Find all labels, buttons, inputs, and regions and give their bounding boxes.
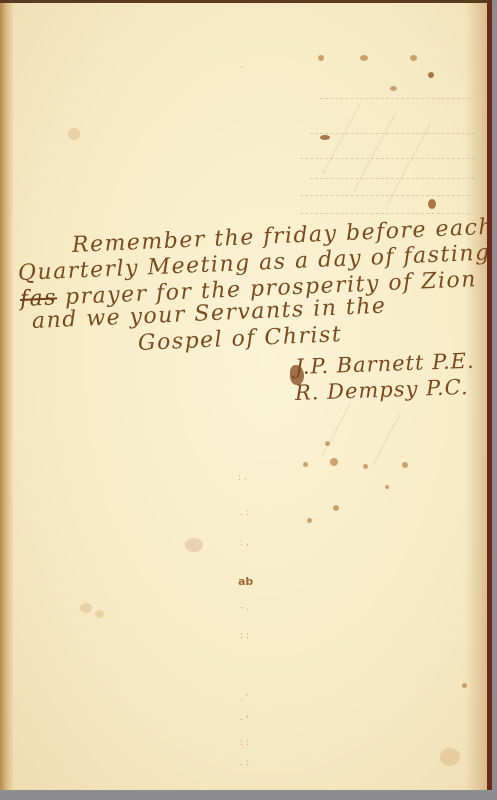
ink-blot xyxy=(290,365,304,385)
handwritten-text: Remember the friday before each Quarterl… xyxy=(0,3,487,790)
signature-1: J.P. Barnett P.E. xyxy=(295,349,475,379)
signature-2-title: P.C. xyxy=(426,375,469,400)
manuscript-page: · : . . : : , ab - . : : . ' - ' : : . : xyxy=(0,0,492,790)
signature-2: R. Dempsy P.C. xyxy=(295,375,469,405)
scanned-page: · : . . : : , ab - . : : . ' - ' : : . : xyxy=(0,0,497,800)
signature-2-name: R. Dempsy xyxy=(295,377,419,405)
signature-1-title: P.E. xyxy=(432,349,475,374)
signature-1-name: J.P. Barnett xyxy=(295,350,425,379)
